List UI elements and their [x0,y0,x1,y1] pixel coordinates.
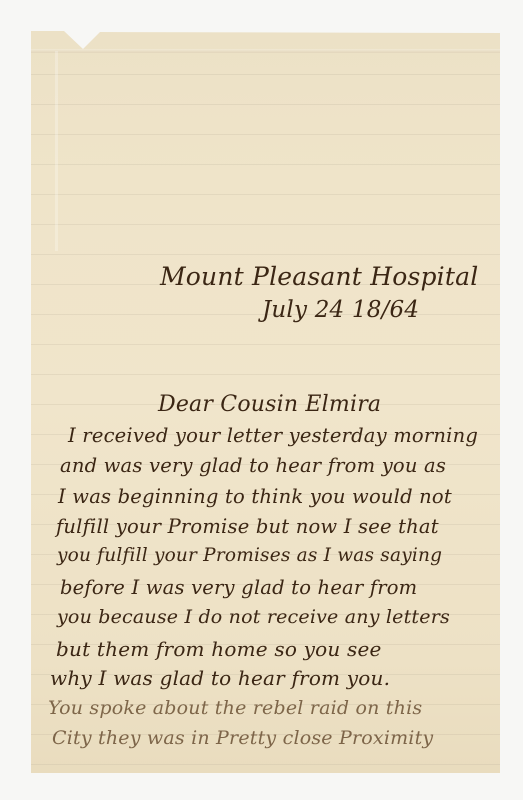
body-line-8: but them from home so you see [56,637,382,661]
body-line-2: and was very glad to hear from you as [60,454,446,477]
body-line-7: you because I do not receive any letters [57,606,450,628]
letter-heading-date: July 24 18/64 [262,297,419,323]
body-line-5: you fulfill your Promises as I was sayin… [57,545,442,566]
body-line-4: fulfill your Promise but now I see that [56,515,439,538]
fold-crease [31,49,500,53]
body-line-3: I was beginning to think you would not [58,485,452,508]
letter-salutation: Dear Cousin Elmira [158,392,381,417]
body-line-10: You spoke about the rebel raid on this [48,697,422,719]
margin-crease [55,51,58,251]
body-line-11: City they was in Pretty close Proximity [52,727,433,749]
letter-heading-place: Mount Pleasant Hospital [160,262,478,291]
body-line-9: why I was glad to hear from you. [50,666,390,690]
body-line-6: before I was very glad to hear from [60,576,417,599]
body-line-1: I received your letter yesterday morning [68,424,478,447]
